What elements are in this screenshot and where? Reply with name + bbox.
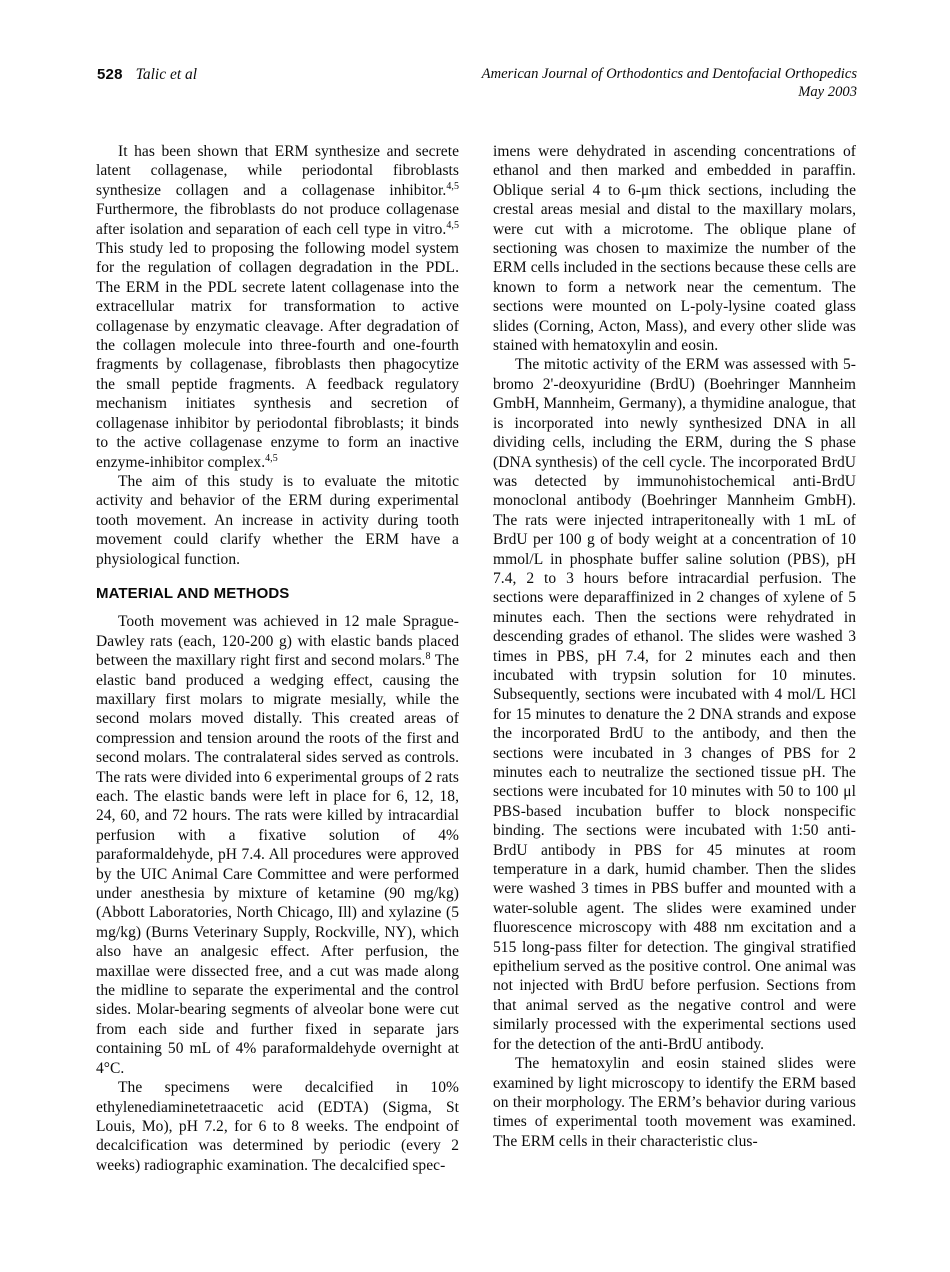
issue-date: May 2003 (482, 84, 857, 102)
body-paragraph: It has been shown that ERM synthesize an… (96, 142, 459, 472)
running-authors: Talic et al (136, 66, 197, 83)
section-heading: MATERIAL AND METHODS (96, 584, 459, 603)
right-column: imens were dehydrated in ascending conce… (493, 142, 856, 1175)
running-head-right: American Journal of Orthodontics and Den… (482, 66, 857, 101)
running-head: 528Talic et al American Journal of Ortho… (97, 66, 857, 101)
journal-page: 528Talic et al American Journal of Ortho… (0, 0, 950, 1272)
page-number: 528 (97, 66, 123, 83)
journal-title: American Journal of Orthodontics and Den… (482, 66, 857, 84)
running-head-left: 528Talic et al (97, 66, 197, 84)
body-paragraph: The specimens were decalcified in 10% et… (96, 1078, 459, 1175)
body-paragraph: imens were dehydrated in ascending conce… (493, 142, 856, 355)
body-paragraph: The hematoxylin and eosin stained slides… (493, 1054, 856, 1151)
article-body: It has been shown that ERM synthesize an… (96, 142, 856, 1175)
body-paragraph: The aim of this study is to evaluate the… (96, 472, 459, 569)
body-paragraph: The mitotic activity of the ERM was asse… (493, 355, 856, 1054)
body-paragraph: Tooth movement was achieved in 12 male S… (96, 612, 459, 1078)
left-column: It has been shown that ERM synthesize an… (96, 142, 459, 1175)
